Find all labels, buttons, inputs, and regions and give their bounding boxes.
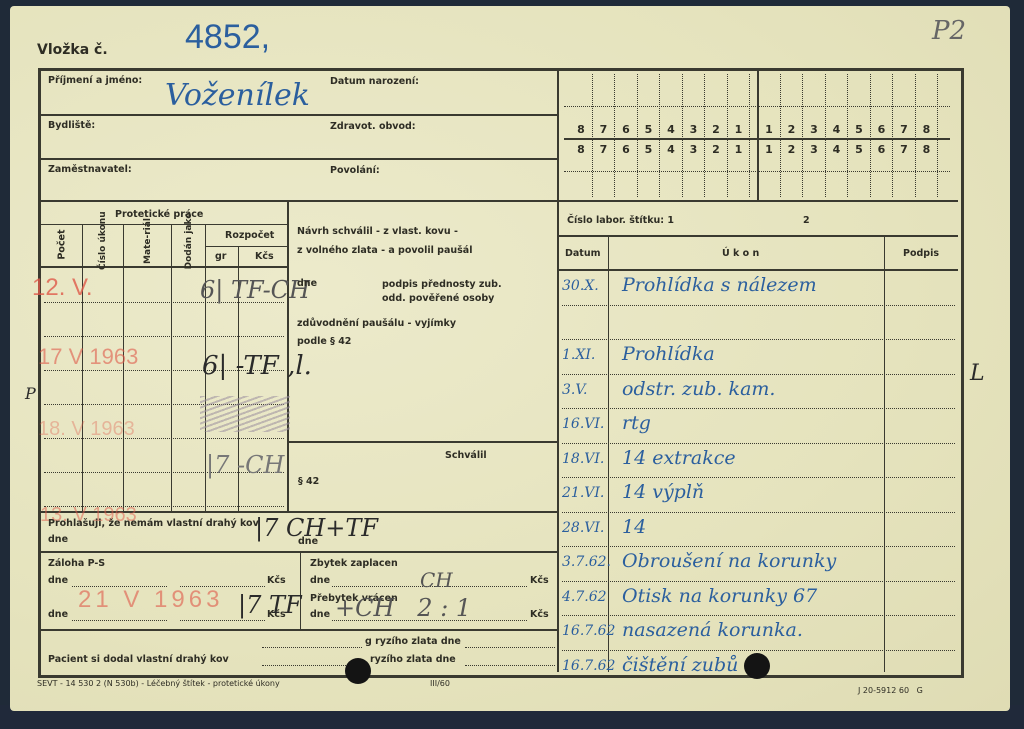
tooth-upper[interactable]: 4 [828,123,846,136]
lab-row-action[interactable]: nasazená korunka. [622,619,803,641]
deposit-currency: Kčs [267,575,286,586]
tooth-lower[interactable]: 7 [595,143,613,156]
lab-row-action[interactable]: 14 výplň [622,481,704,503]
approval-signature: podpis přednosty zub. odd. pověřené osob… [382,278,502,306]
lab-row-action[interactable]: Obroušení na korunky [622,550,836,572]
declaration-date-label: dne [48,534,68,545]
insert-label: Vložka č. [37,42,108,58]
tooth-lower[interactable]: 1 [730,143,748,156]
tooth-lower[interactable]: 1 [760,143,778,156]
lab-col-sign: Podpis [903,248,939,259]
lab-row-date[interactable]: 3.V. [562,382,587,398]
lab-row-date[interactable]: 1.XI. [562,347,595,363]
side-mark: L [970,361,985,386]
remainder-currency: Kčs [530,575,549,586]
residence-label: Bydliště: [48,120,95,131]
lab-row-date[interactable]: 3.7.62. [562,554,611,570]
para-label: podle § 42 [297,336,351,347]
payment-stamp: 21 V 1963 [78,586,223,614]
footer-right: J 20-5912 60 G [858,686,923,695]
entry-1: 6| TF-CH [200,276,310,304]
lab-row-action[interactable]: rtg [622,412,651,434]
health-district-label: Zdravot. obvod: [330,121,416,132]
punch-hole [744,653,770,679]
entry-3: |7 -CH [206,451,284,479]
lab-row-date[interactable]: 16.7.62 [562,658,615,674]
tooth-upper[interactable]: 7 [895,123,913,136]
declaration-handwritten: |7 CH+TF [255,514,378,542]
lab-col-date: Datum [565,248,601,259]
col-delivered: Dodán jako [184,212,194,270]
tooth-lower[interactable]: 8 [918,143,936,156]
lab-row-date[interactable]: 16.VI. [562,416,604,432]
surplus-date-label: dne [310,609,330,620]
col-material: Mate-riál [143,213,153,269]
tooth-lower[interactable]: 5 [640,143,658,156]
lab-row-action[interactable]: Prohlídka [622,343,715,365]
stamp-2: 17 V 1963 [38,344,138,370]
lab-row-action[interactable]: čištění zubů [622,654,738,676]
scribble-mark [200,396,290,432]
tooth-upper[interactable]: 8 [572,123,590,136]
lab-row-date[interactable]: 30.X. [562,278,599,294]
name-value[interactable]: Voženílek [165,78,310,113]
tooth-upper[interactable]: 1 [730,123,748,136]
tooth-upper[interactable]: 3 [805,123,823,136]
employer-label: Zaměstnavatel: [48,164,132,175]
lab-row-date[interactable]: 28.VI. [562,520,604,536]
lab-row-date[interactable]: 21.VI. [562,485,604,501]
remainder-date-label: dne [310,575,330,586]
tooth-upper[interactable]: 1 [760,123,778,136]
surplus-currency: Kčs [530,609,549,620]
lab-label-number-2: 2 [803,215,810,226]
stamp-3: 18. V 1963 [38,418,135,441]
tooth-upper[interactable]: 7 [595,123,613,136]
lab-row-action[interactable]: Prohlídka s nálezem [622,274,817,296]
insert-number: 4852, [185,18,270,57]
tooth-lower[interactable]: 7 [895,143,913,156]
lab-row-action[interactable]: 14 [622,516,646,538]
tooth-upper[interactable]: 8 [918,123,936,136]
gold-label-2: ryzího zlata dne [370,654,456,665]
approval-date-label: dne [297,278,317,289]
col-kcs: Kčs [255,251,274,262]
deposit-label: Záloha P-S [48,558,105,569]
tooth-upper[interactable]: 6 [873,123,891,136]
tooth-lower[interactable]: 4 [662,143,680,156]
tooth-upper[interactable]: 4 [662,123,680,136]
lab-col-action: Ú k o n [722,248,759,259]
tooth-lower[interactable]: 3 [685,143,703,156]
tooth-upper[interactable]: 2 [783,123,801,136]
margin-mark: P [25,384,36,403]
surplus-handwritten: +CH 2 : 1 [335,594,471,622]
deposit-date-label-2: dne [48,609,68,620]
footer-left: SEVT - 14 530 2 (N 530b) - Léčebný štíte… [37,679,280,688]
col-count: Počet [57,217,68,273]
tooth-lower[interactable]: 5 [850,143,868,156]
birth-label: Datum narození: [330,76,419,87]
approval-text: Návrh schválil - z vlast. kovu - z volné… [297,222,472,260]
lab-row-date[interactable]: 4.7.62 [562,589,607,605]
tooth-lower[interactable]: 4 [828,143,846,156]
deposit-date-label: dne [48,575,68,586]
stamp-1: 12. V. [32,274,93,302]
entry-2: 6| -TF ,l. [202,351,312,381]
occupation-label: Povolání: [330,165,380,176]
remainder-handwritten: CH [420,568,453,592]
tooth-upper[interactable]: 2 [707,123,725,136]
punch-hole [345,658,371,684]
lab-row-date[interactable]: 18.VI. [562,451,604,467]
lab-row-action[interactable]: odstr. zub. kam. [622,378,775,400]
lab-label-number: Číslo labor. štítku: 1 [567,215,674,226]
declaration-text: Prohlašuji, že nemám vlastní drahý kov [48,518,259,529]
tooth-lower[interactable]: 3 [805,143,823,156]
col-number: Číslo úkonu [98,212,108,270]
col-gr: gr [215,251,227,262]
approved-label: Schválil [445,450,487,461]
lab-row-date[interactable]: 16.7.62 [562,623,615,639]
justification-label: zdůvodnění paušálu - vyjímky [297,318,456,329]
corner-mark: P2 [932,16,966,46]
tooth-lower[interactable]: 8 [572,143,590,156]
para2-label: § 42 [298,476,319,487]
tooth-lower[interactable]: 6 [617,143,635,156]
tooth-lower[interactable]: 2 [783,143,801,156]
lab-row-action[interactable]: 14 extrakce [622,447,736,469]
tooth-lower[interactable]: 6 [873,143,891,156]
remainder-label: Zbytek zaplacen [310,558,398,569]
lab-row-action[interactable]: Otisk na korunky 67 [622,585,817,607]
tooth-upper[interactable]: 6 [617,123,635,136]
name-label: Příjmení a jméno: [48,75,142,86]
tooth-upper[interactable]: 5 [640,123,658,136]
payment-handwritten: |7 TF [238,591,302,619]
tooth-upper[interactable]: 5 [850,123,868,136]
gold-label: g ryzího zlata dne [365,636,461,647]
tooth-upper[interactable]: 3 [685,123,703,136]
footer-mid: III/60 [430,679,450,688]
tooth-lower[interactable]: 2 [707,143,725,156]
dental-record-card: Vložka č. 4852, P2 Příjmení a jméno: Vož… [10,6,1010,711]
patient-metal-label: Pacient si dodal vlastní drahý kov [48,654,229,665]
col-budget: Rozpočet [225,230,274,241]
